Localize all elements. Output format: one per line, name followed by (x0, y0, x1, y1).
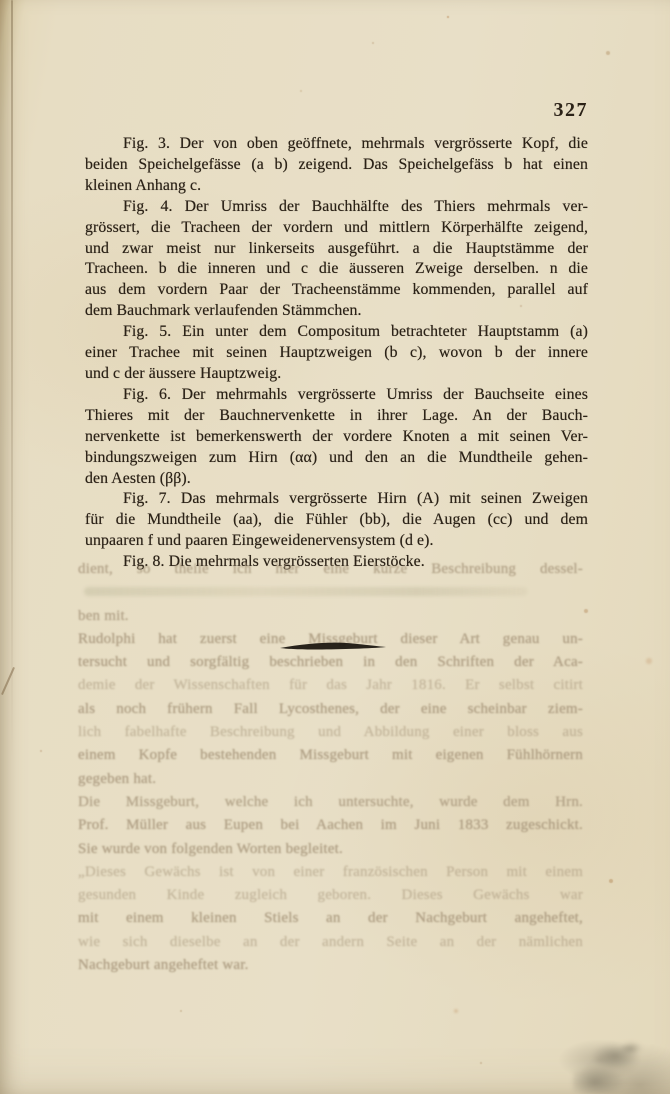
bleed-line: einem Kopfe bestehenden Missgeburt mit e… (78, 744, 583, 767)
text-line: kleinen Anhang c. (85, 176, 588, 197)
text-line: Fig. 3. Der von oben geöffnete, mehrmals… (85, 134, 588, 155)
bleed-line: als noch frühern Fall Lycosthenes, der e… (78, 698, 583, 721)
text-line: und c der äussere Hauptzweig. (85, 364, 588, 385)
bleedthrough-text: dient, so theile ich hier eine kurze Bes… (78, 558, 583, 977)
paper-specks (0, 0, 2, 2)
bleed-line: demie der Wissenschaften für das Jahr 18… (78, 674, 583, 697)
bleed-line: gegeben hat. (78, 768, 583, 791)
text-line: unpaaren f und paaren Eingeweidenervensy… (85, 531, 588, 552)
bleed-line: Nachgeburt angeheftet war. (78, 954, 583, 977)
text-line: den Aesten (ββ). (85, 469, 588, 490)
bleed-line: Sie wurde von folgenden Worten begleitet… (78, 838, 583, 861)
text-line: einer Trachee mit seinen Hauptzweigen (b… (85, 343, 588, 364)
text-line: dem Bauchmark verlaufenden Stämmchen. (85, 301, 588, 322)
bleed-line (78, 581, 583, 604)
paragraph: Fig. 7. Das mehrmals vergrösserte Hirn (… (85, 489, 588, 552)
ink-smear-mark (278, 640, 388, 652)
book-page: 327 Fig. 3. Der von oben geöffnete, mehr… (0, 0, 670, 1094)
text-line: für die Mundtheile (aa), die Fühler (bb)… (85, 510, 588, 531)
bleed-line: „Dieses Gewächs ist von einer französisc… (78, 861, 583, 884)
bleed-line: Prof. Müller aus Eupen bei Aachen im Jun… (78, 814, 583, 837)
bleed-line: Die Missgeburt, welche ich untersuchte, … (78, 791, 583, 814)
bleed-line: dient, so theile ich hier eine kurze Bes… (78, 558, 583, 581)
main-text: Fig. 3. Der von oben geöffnete, mehrmals… (85, 134, 588, 573)
bleed-line: gesunden Kinde zugleich geboren. Dieses … (78, 884, 583, 907)
text-line: aus dem vordern Paar der Tracheenstämme … (85, 280, 588, 301)
bleed-line: lich fabelhafte Beschreibung und Abbildu… (78, 721, 583, 744)
paragraph: Fig. 6. Der mehrmahls vergrösserte Umris… (85, 385, 588, 490)
text-line: Fig. 4. Der Umriss der Bauchhälfte des T… (85, 197, 588, 218)
text-line: und zwar meist nur linkerseits ausgeführ… (85, 239, 588, 260)
text-line: beiden Speichelgefässe (a b) zeigend. Da… (85, 155, 588, 176)
text-line: grössert, die Tracheen der vordern und m… (85, 218, 588, 239)
text-line: Fig. 5. Ein unter dem Compositum betrach… (85, 322, 588, 343)
bleed-line: tersucht und sorgfältig beschrieben in d… (78, 651, 583, 674)
paragraph: Fig. 3. Der von oben geöffnete, mehrmals… (85, 134, 588, 197)
paragraph: Fig. 4. Der Umriss der Bauchhälfte des T… (85, 197, 588, 322)
corner-smudge (573, 1034, 658, 1094)
page-number: 327 (85, 99, 588, 122)
page-edge-shadow (11, 0, 13, 760)
bleed-line: mit einem kleinen Stiels an der Nachgebu… (78, 907, 583, 930)
text-line: nervenkette ist bemerkenswerth der vorde… (85, 427, 588, 448)
text-line: Fig. 6. Der mehrmahls vergrösserte Umris… (85, 385, 588, 406)
bleed-line: ben mit. (78, 605, 583, 628)
text-line: Fig. 7. Das mehrmals vergrösserte Hirn (… (85, 489, 588, 510)
text-line: Tracheen. b die inneren und c die äusser… (85, 259, 588, 280)
text-line: Thieres mit der Bauchnervenkette in ihre… (85, 406, 588, 427)
bleed-smear (84, 587, 528, 596)
paragraph: Fig. 5. Ein unter dem Compositum betrach… (85, 322, 588, 385)
text-line: bindungszweigen zum Hirn (αα) und den an… (85, 448, 588, 469)
bleed-line: wie sich dieselbe an der andern Seite an… (78, 931, 583, 954)
